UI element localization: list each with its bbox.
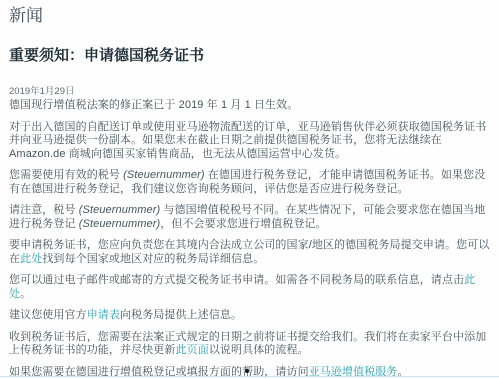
- italic-term: (Steuernummer): [79, 204, 160, 216]
- text-segment: 以说明具体的流程。: [209, 344, 309, 356]
- text-segment: 请注意，税号: [9, 204, 79, 216]
- paragraph: 请注意，税号 (Steuernummer) 与德国增值税税号不同。在某些情况下，…: [9, 204, 490, 231]
- paragraph: 收到税务证书后，您需要在法案正式规定的日期之前将证书提交给我们。我们将在卖家平台…: [9, 331, 490, 358]
- text-segment: 建议您使用官方: [9, 309, 87, 321]
- paragraph: 您可以通过电子邮件或邮寄的方式提交税务证书申请。如需各不同税务局的联系信息，请点…: [9, 274, 490, 301]
- link-application-form[interactable]: 申请表: [87, 309, 120, 321]
- text-segment: 您需要使用有效的税号: [9, 169, 123, 181]
- paragraph: 您需要使用有效的税号 (Steuernummer) 在德国进行税务登记，才能申请…: [9, 169, 490, 196]
- paragraph: 对于出入德国的自配送订单或使用亚马逊物流配送的订单，亚马逊销售伙伴必须获取德国税…: [9, 121, 490, 162]
- paragraph: 建议您使用官方申请表向税务局提供上述信息。: [9, 309, 490, 323]
- link-this-page[interactable]: 此页面: [176, 344, 209, 356]
- text-segment: ，但不会要求您进行增值税登记。: [160, 218, 327, 230]
- bottom-divider: [0, 376, 499, 377]
- text-segment: 。: [20, 288, 31, 300]
- text-segment: 对于出入德国的自配送订单或使用亚马逊物流配送的订单，亚马逊销售伙伴必须获取德国税…: [9, 121, 486, 160]
- paragraph: 要申请税务证书，您应向负责您在其境内合法成立公司的国家/地区的德国税务局提交申请…: [9, 239, 490, 266]
- news-article-page: 新闻 重要须知：申请德国税务证书 2019年1月29日 德国现行增值税法案的修正…: [0, 0, 499, 379]
- link-tax-office-details[interactable]: 此处: [20, 253, 42, 265]
- article-body: 德国现行增值税法案的修正案已于 2019 年 1 月 1 日生效。对于出入德国的…: [9, 99, 490, 379]
- italic-term: (Steuernummer): [79, 218, 160, 230]
- article-title: 重要须知：申请德国税务证书: [9, 47, 490, 65]
- text-segment: 您可以通过电子邮件或邮寄的方式提交税务证书申请。如需各不同税务局的联系信息，请点…: [9, 274, 464, 286]
- article-date: 2019年1月29日: [9, 86, 490, 97]
- paragraph: 德国现行增值税法案的修正案已于 2019 年 1 月 1 日生效。: [9, 99, 490, 113]
- text-segment: 向税务局提供上述信息。: [120, 309, 242, 321]
- pagination-dot: [245, 369, 249, 373]
- text-segment: 找到每个国家或地区对应的税务局详细信息。: [42, 253, 264, 265]
- text-segment: 德国现行增值税法案的修正案已于 2019 年 1 月 1 日生效。: [9, 99, 298, 111]
- italic-term: (Steuernummer): [123, 169, 204, 181]
- page-title: 新闻: [9, 6, 490, 26]
